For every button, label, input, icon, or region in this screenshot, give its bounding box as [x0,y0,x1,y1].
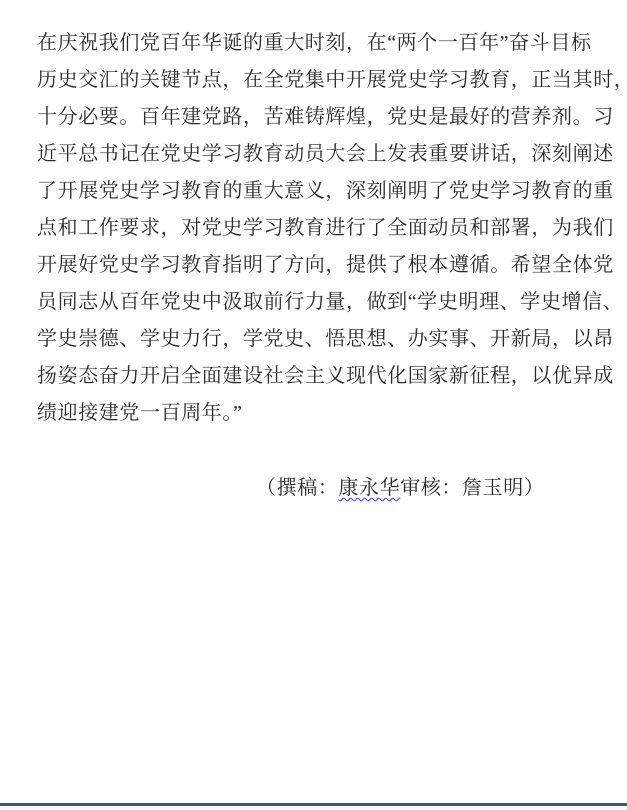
credits-line: （撰稿：康永华审核：詹玉明） [256,471,544,500]
text-line: 学史崇德、学史力行，学党史、悟思想、办实事、开新局，以昂 [37,321,597,358]
credits-open-paren: （ [256,477,277,499]
text-line: 在庆祝我们党百年华诞的重大时刻，在“两个一百年”奋斗目标 [37,25,597,62]
text-line: 绩迎接建党一百周年。” [37,395,597,432]
text-line: 近平总书记在党史学习教育动员大会上发表重要讲话，深刻阐述 [37,136,597,173]
text-line: 了开展党史学习教育的重大意义，深刻阐明了党史学习教育的重 [37,173,597,210]
text-line: 员同志从百年党史中汲取前行力量，做到“学史明理、学史增信、 [37,284,597,321]
window-bottom-border [0,803,627,806]
text-line: 点和工作要求，对党史学习教育进行了全面动员和部署，为我们 [37,210,597,247]
drafter-name: 康永华 [338,477,400,499]
text-line: 十分必要。百年建党路，苦难铸辉煌，党史是最好的营养剂。习 [37,99,597,136]
text-line: 扬姿态奋力开启全面建设社会主义现代化国家新征程，以优异成 [37,358,597,395]
reviewer-name: 詹玉明 [462,477,524,499]
text-line: 历史交汇的关键节点，在全党集中开展党史学习教育，正当其时， [37,62,597,99]
document-page[interactable]: 在庆祝我们党百年华诞的重大时刻，在“两个一百年”奋斗目标历史交汇的关键节点，在全… [0,0,627,810]
text-line: 开展好党史学习教育指明了方向，提供了根本遵循。希望全体党 [37,247,597,284]
body-paragraph: 在庆祝我们党百年华诞的重大时刻，在“两个一百年”奋斗目标历史交汇的关键节点，在全… [37,25,597,432]
credits-close-paren: ） [524,477,545,499]
drafter-label: 撰稿： [277,477,339,499]
window-bottom-strip [0,803,627,810]
reviewer-label: 审核： [400,477,462,499]
